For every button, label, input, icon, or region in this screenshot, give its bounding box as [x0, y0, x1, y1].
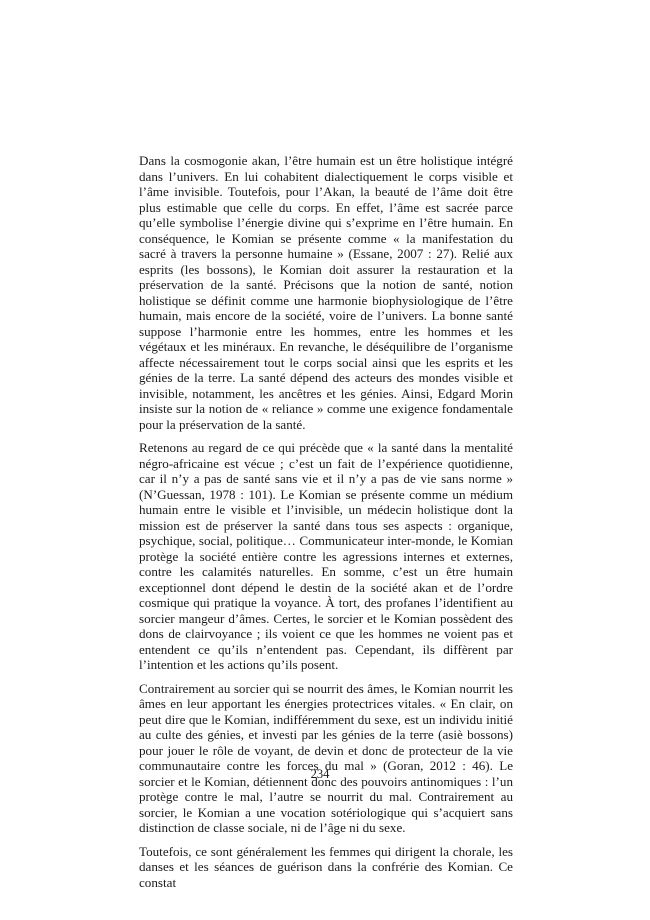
page-number: 234	[0, 767, 640, 782]
paragraph-cosmogonie: Dans la cosmogonie akan, l’être humain e…	[139, 153, 513, 432]
paragraph-contrairement: Contrairement au sorcier qui se nourrit …	[139, 681, 513, 836]
paragraph-retenons: Retenons au regard de ce qui précède que…	[139, 440, 513, 673]
paragraph-toutefois: Toutefois, ce sont généralement les femm…	[139, 844, 513, 891]
body-text: Dans la cosmogonie akan, l’être humain e…	[139, 153, 513, 898]
document-page: Dans la cosmogonie akan, l’être humain e…	[0, 0, 650, 920]
